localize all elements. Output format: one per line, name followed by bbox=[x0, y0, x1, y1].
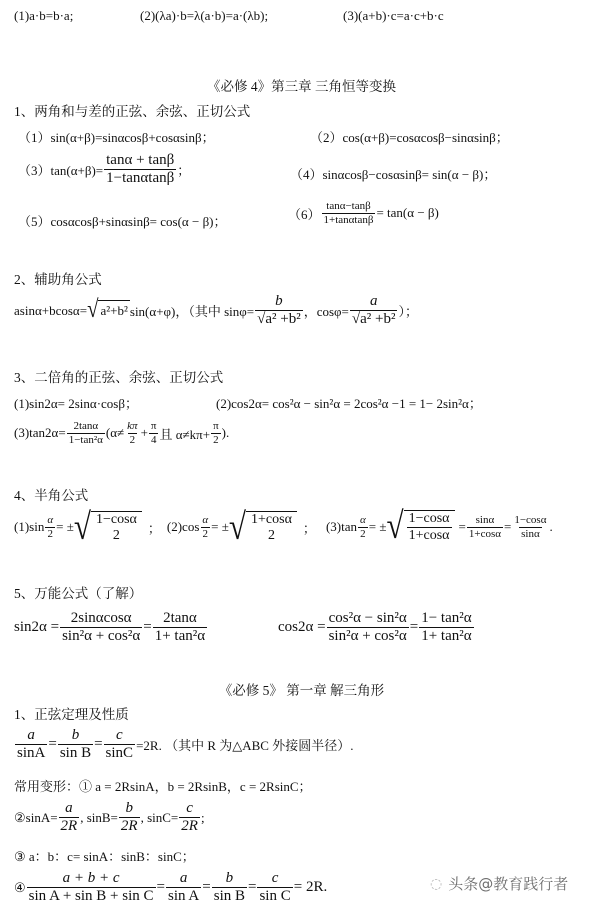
punctuation: . bbox=[549, 519, 552, 535]
formula-label: (3)tan2α= bbox=[14, 425, 66, 441]
eq: = ± bbox=[56, 519, 74, 535]
numerator: α bbox=[45, 514, 55, 527]
numerator: c bbox=[184, 800, 195, 817]
denominator: sin²α + cos²α bbox=[60, 627, 142, 645]
fraction: csinC bbox=[104, 727, 136, 763]
sqrt: √1+cosα2 bbox=[229, 511, 297, 544]
eq: = bbox=[410, 619, 418, 636]
denominator: 2R bbox=[119, 817, 140, 835]
formula-universal-cos: cos2α = cos²α − sin²αsin²α + cos²α = 1− … bbox=[278, 610, 475, 646]
radicand: a²+b² bbox=[98, 300, 129, 321]
denominator: 2 bbox=[358, 527, 368, 541]
chapter5-title: 《必修 5》 第一章 解三角形 bbox=[0, 679, 603, 699]
denominator: 1+cosα bbox=[467, 527, 503, 541]
denominator: sinA bbox=[15, 744, 47, 762]
eq: = ± bbox=[211, 519, 229, 535]
result: = 2R. bbox=[294, 879, 327, 896]
sine-law-variant-1: 常用变形：① a = 2RsinA，b = 2RsinB，c = 2RsinC； bbox=[14, 776, 312, 795]
denominator: 2 bbox=[201, 527, 211, 541]
numerator: 2tanα bbox=[161, 610, 199, 627]
separator: ； bbox=[303, 518, 316, 537]
lhs: sin2α = bbox=[14, 619, 59, 636]
denominator: sin²α + cos²α bbox=[327, 627, 409, 645]
denominator: sin A + sin B + sin C bbox=[27, 887, 156, 905]
formula-label: (3)tan bbox=[326, 519, 357, 535]
denominator: 2R bbox=[59, 817, 80, 835]
denominator: 2 bbox=[128, 433, 138, 447]
numerator: kπ bbox=[125, 420, 139, 433]
punctuation: ; bbox=[201, 810, 205, 826]
denominator: 1+cosα bbox=[407, 527, 452, 544]
section-heading-sine-law: 1、正弦定理及性质 bbox=[14, 703, 129, 723]
fraction: 1− tan²α1+ tan²α bbox=[419, 610, 473, 646]
numerator: b bbox=[123, 800, 135, 817]
numerator: 2tanα bbox=[71, 420, 100, 433]
formula-sin-sum: （1）sin(α+β)=sinαcosβ+cosαsinβ； bbox=[18, 127, 215, 146]
numerator: b bbox=[224, 870, 236, 887]
fraction: bsin B bbox=[58, 727, 93, 763]
fraction: 1+cosα2 bbox=[249, 512, 294, 544]
numerator: 1− tan²α bbox=[419, 610, 473, 627]
fraction: b2R bbox=[119, 800, 140, 836]
formula-sine-law: asinA = bsin B = csinC =2R. （其中 R 为△ABC … bbox=[14, 727, 353, 763]
text: ，cosφ= bbox=[304, 301, 349, 320]
sqrt: √a²+b² bbox=[87, 300, 130, 321]
sine-law-variant-4: ④ a + b + csin A + sin B + sin C = asin … bbox=[14, 870, 327, 906]
punctuation: ； bbox=[177, 160, 190, 179]
fraction: c2R bbox=[179, 800, 200, 836]
denominator: 2 bbox=[266, 528, 277, 544]
numerator: b bbox=[70, 727, 82, 744]
fraction: π 4 bbox=[149, 420, 159, 446]
text: , sinB= bbox=[80, 810, 118, 826]
condition: (α≠ bbox=[106, 425, 124, 441]
wechat-icon: ◌ bbox=[430, 876, 442, 892]
text: , sinC= bbox=[141, 810, 179, 826]
denominator: 4 bbox=[149, 433, 159, 447]
fraction: 2sinαcosαsin²α + cos²α bbox=[60, 610, 142, 646]
fraction: α2 bbox=[358, 514, 368, 540]
fraction: asinA bbox=[15, 727, 47, 763]
formula-tan-double: (3)tan2α= 2tanα 1−tan²α (α≠ kπ 2 + π 4 且… bbox=[14, 420, 229, 446]
formula-label: (1)sin bbox=[14, 519, 44, 535]
fraction-sin-phi: b √a² +b² bbox=[255, 293, 303, 329]
formula-sin-double: (1)sin2α= 2sinα·cosβ； bbox=[14, 393, 138, 412]
sine-law-tail: =2R. （其中 R 为△ABC 外接圆半径）. bbox=[136, 735, 353, 754]
numerator: tanα−tanβ bbox=[324, 200, 372, 213]
numerator: a bbox=[25, 727, 37, 744]
watermark-text: 头条@教育践行者 bbox=[448, 873, 568, 894]
numerator: a bbox=[63, 800, 75, 817]
punctuation: ). bbox=[222, 425, 230, 441]
numerator: 1−cosα bbox=[512, 514, 548, 527]
fraction: 1−cosα2 bbox=[94, 512, 139, 544]
rhs: sin(α+φ)，（其中 sinφ= bbox=[130, 301, 254, 320]
numerator: 1−cosα bbox=[407, 511, 452, 527]
denominator: 2R bbox=[179, 817, 200, 835]
fraction: tanα−tanβ 1+tanαtanβ bbox=[322, 200, 376, 226]
section-heading-universal: 5、万能公式（了解） bbox=[14, 582, 142, 602]
numerator: 1+cosα bbox=[249, 512, 294, 528]
numerator: sinα bbox=[474, 514, 497, 527]
formula-cos-sum: （2）cos(α+β)=cosαcosβ−sinαsinβ； bbox=[310, 127, 509, 146]
denominator: sin B bbox=[212, 887, 247, 905]
eq: = bbox=[48, 736, 56, 753]
vector-prop-1: (1)a·b=b·a; bbox=[14, 8, 73, 24]
denominator: sin C bbox=[257, 887, 292, 905]
sine-law-variant-2: ②sinA= a2R , sinB= b2R , sinC= c2R ; bbox=[14, 800, 205, 836]
fraction: bsin B bbox=[212, 870, 247, 906]
plus: + bbox=[141, 425, 148, 441]
eq: = bbox=[94, 736, 102, 753]
fraction: asin A bbox=[166, 870, 201, 906]
formula-tan-sum: （3）tan(α+β)= tanα + tanβ 1−tanαtanβ ； bbox=[18, 152, 190, 188]
eq: = bbox=[157, 879, 165, 896]
denominator: sinC bbox=[104, 744, 136, 762]
fraction: sinα1+cosα bbox=[467, 514, 503, 540]
result: = tan(α − β) bbox=[376, 205, 438, 221]
formula-sin-diff: （4）sinαcosβ−cosαsinβ= sin(α − β)； bbox=[290, 164, 496, 183]
numerator: a + b + c bbox=[61, 870, 122, 887]
numerator: α bbox=[358, 514, 368, 527]
fraction: α2 bbox=[45, 514, 55, 540]
denominator: 2 bbox=[45, 527, 55, 541]
sqrt: √1−cosα1+cosα bbox=[386, 510, 454, 544]
denominator: sin B bbox=[58, 744, 93, 762]
formula-cos-double: (2)cos2α= cos²α − sin²α = 2cos²α −1 = 1−… bbox=[216, 393, 482, 412]
numerator: π bbox=[211, 420, 221, 433]
formula-label: （6） bbox=[288, 204, 321, 223]
fraction: 1−cosα1+cosα bbox=[407, 511, 452, 544]
numerator: 2sinαcosα bbox=[69, 610, 134, 627]
fraction: kπ 2 bbox=[125, 420, 139, 446]
watermark: ◌ 头条@教育践行者 bbox=[430, 873, 568, 894]
chapter4-title: 《必修 4》第三章 三角恒等变换 bbox=[0, 75, 603, 95]
separator: ； bbox=[148, 518, 161, 537]
vector-prop-3: (3)(a+b)·c=a·c+b·c bbox=[343, 8, 444, 24]
fraction: 1−cosαsinα bbox=[512, 514, 548, 540]
fraction-cos-phi: a √a² +b² bbox=[350, 293, 398, 329]
denominator: 1−tanαtanβ bbox=[104, 169, 176, 187]
fraction: cos²α − sin²αsin²α + cos²α bbox=[327, 610, 409, 646]
denominator: 1−tan²α bbox=[67, 433, 105, 447]
formula-aux-angle: asinα+bcosα= √a²+b² sin(α+φ)，（其中 sinφ= b… bbox=[14, 293, 418, 329]
fraction: a2R bbox=[59, 800, 80, 836]
eq: = bbox=[143, 619, 151, 636]
sqrt: √1−cosα2 bbox=[74, 511, 142, 544]
section-heading-half-angle: 4、半角公式 bbox=[14, 484, 88, 504]
sine-law-variant-3: ③ a：b：c= sinA：sinB：sinC； bbox=[14, 846, 195, 865]
denominator: 2 bbox=[111, 528, 122, 544]
numerator: a bbox=[178, 870, 190, 887]
text: ②sinA= bbox=[14, 810, 58, 826]
numerator: c bbox=[270, 870, 281, 887]
eq: = bbox=[504, 519, 511, 535]
fraction: α2 bbox=[200, 514, 210, 540]
eq: = bbox=[459, 519, 466, 535]
label: ④ bbox=[14, 880, 26, 896]
numerator: tanα + tanβ bbox=[104, 152, 176, 169]
numerator: cos²α − sin²α bbox=[327, 610, 409, 627]
formula-universal-sin: sin2α = 2sinαcosαsin²α + cos²α = 2tanα1+… bbox=[14, 610, 208, 646]
numerator: 1−cosα bbox=[94, 512, 139, 528]
denominator: 1+ tan²α bbox=[419, 627, 473, 645]
eq: = bbox=[248, 879, 256, 896]
formula-label: （3）tan(α+β)= bbox=[18, 160, 103, 179]
lhs: cos2α = bbox=[278, 619, 326, 636]
denominator: 1+ tan²α bbox=[153, 627, 207, 645]
denominator: 2 bbox=[211, 433, 221, 447]
section-heading-aux-angle: 2、辅助角公式 bbox=[14, 268, 102, 288]
lhs: asinα+bcosα= bbox=[14, 303, 87, 319]
denominator: √a² +b² bbox=[255, 310, 303, 328]
section-heading-sum-diff: 1、两角和与差的正弦、余弦、正切公式 bbox=[14, 100, 250, 120]
formula-cos-diff: （5）cosαcosβ+sinαsinβ= cos(α − β)； bbox=[18, 211, 227, 230]
denominator: sin A bbox=[166, 887, 201, 905]
vector-prop-2: (2)(λa)·b=λ(a·b)=a·(λb); bbox=[140, 8, 268, 24]
denominator: 1+tanαtanβ bbox=[322, 213, 376, 227]
section-heading-double-angle: 3、二倍角的正弦、余弦、正切公式 bbox=[14, 366, 223, 386]
numerator: α bbox=[200, 514, 210, 527]
formula-tan-diff: （6） tanα−tanβ 1+tanαtanβ = tan(α − β) bbox=[288, 200, 439, 226]
fraction: 2tanα 1−tan²α bbox=[67, 420, 105, 446]
fraction: tanα + tanβ 1−tanαtanβ bbox=[104, 152, 176, 188]
eq: = ± bbox=[369, 519, 387, 535]
numerator: π bbox=[149, 420, 159, 433]
numerator: c bbox=[114, 727, 125, 744]
fraction: 2tanα1+ tan²α bbox=[153, 610, 207, 646]
formula-label: (2)cos bbox=[167, 519, 200, 535]
formula-half-angle: (1)sin α2 = ± √1−cosα2 ； (2)cos α2 = ± √… bbox=[14, 510, 553, 544]
eq: = bbox=[202, 879, 210, 896]
fraction: a + b + csin A + sin B + sin C bbox=[27, 870, 156, 906]
punctuation: ）； bbox=[398, 301, 418, 320]
fraction: csin C bbox=[257, 870, 292, 906]
numerator: b bbox=[273, 293, 285, 310]
condition: 且 α≠kπ+ bbox=[159, 424, 210, 443]
denominator: √a² +b² bbox=[350, 310, 398, 328]
fraction: π 2 bbox=[211, 420, 221, 446]
denominator: sinα bbox=[519, 527, 542, 541]
numerator: a bbox=[368, 293, 380, 310]
